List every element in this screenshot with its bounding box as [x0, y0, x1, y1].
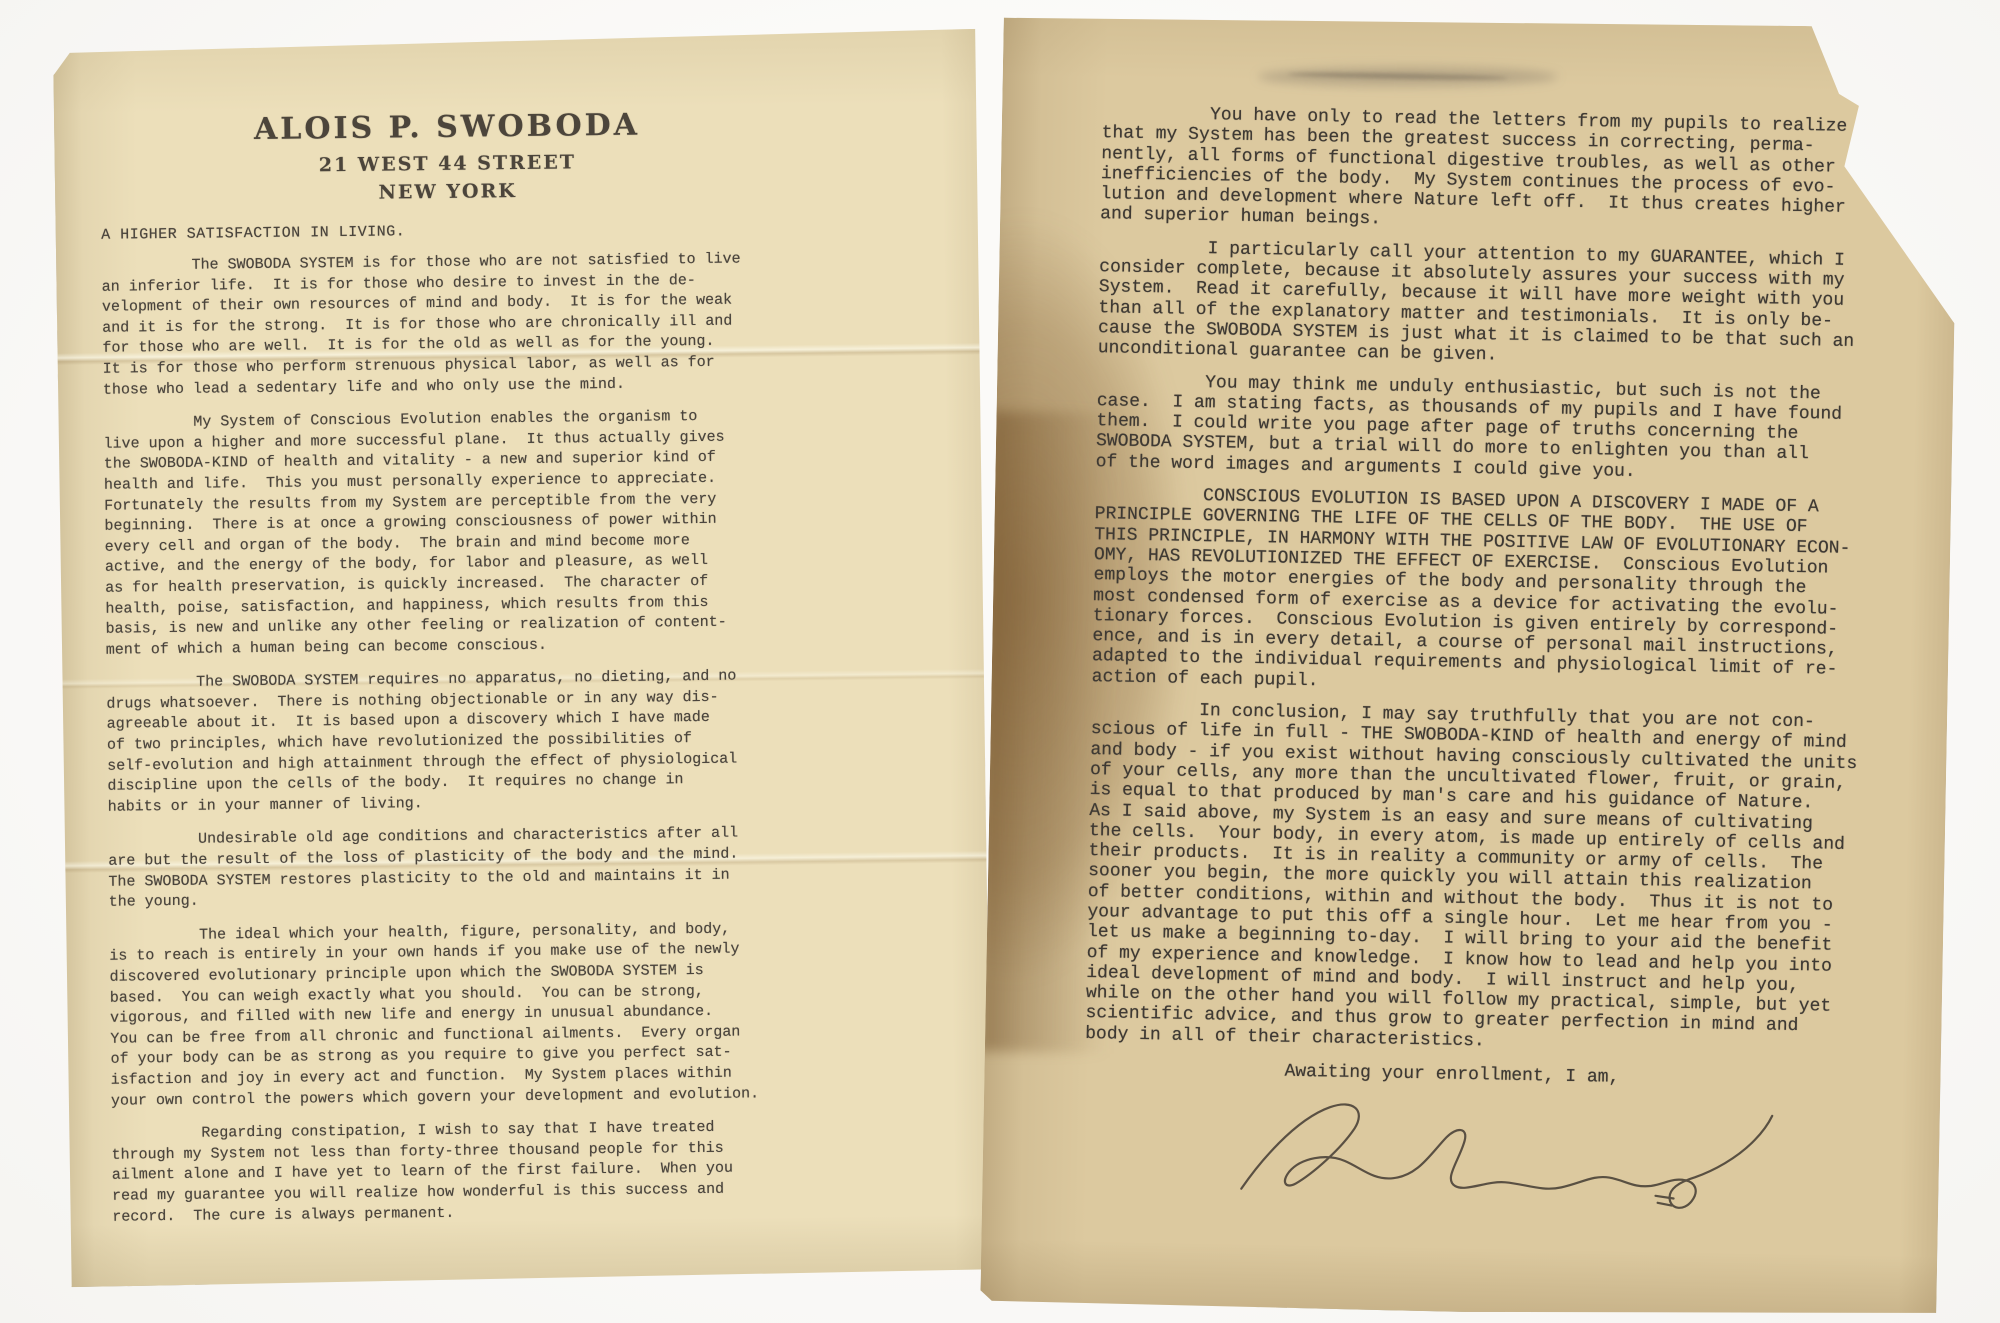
letterhead: ALOIS P. SWOBODA 21 WEST 44 STREET NEW Y…	[100, 107, 795, 207]
page-2-content: You have only to read the letters from m…	[1082, 103, 1938, 1244]
pencil-smudge	[1258, 67, 1558, 87]
paragraph: I particularly call your attention to my…	[1098, 237, 1936, 374]
pencil-smudge	[1288, 72, 1508, 81]
paragraph: My System of Conscious Evolution enables…	[103, 406, 800, 661]
paragraph: You may think me unduly enthusiastic, bu…	[1095, 371, 1933, 488]
paragraph: CONSCIOUS EVOLUTION IS BASED UPON A DISC…	[1092, 484, 1932, 702]
letterhead-name: ALOIS P. SWOBODA	[100, 107, 794, 149]
letterhead-address: 21 WEST 44 STREET	[100, 149, 794, 179]
letterhead-city: NEW YORK	[101, 177, 795, 207]
paragraph: The ideal which your health, figure, per…	[109, 919, 805, 1112]
letter-page-1: ALOIS P. SWOBODA 21 WEST 44 STREET NEW Y…	[53, 29, 992, 1287]
paragraph: The SWOBODA SYSTEM requires no apparatus…	[106, 666, 802, 818]
paragraph: In conclusion, I may say truthfully that…	[1085, 699, 1927, 1059]
page-1-content: ALOIS P. SWOBODA 21 WEST 44 STREET NEW Y…	[100, 107, 807, 1228]
letter-page-2: You have only to read the letters from m…	[980, 11, 1960, 1320]
paragraph: You have only to read the letters from m…	[1100, 103, 1938, 240]
paragraph: Undesirable old age conditions and chara…	[108, 823, 803, 913]
paragraph: The SWOBODA SYSTEM is for those who are …	[101, 249, 797, 401]
paragraph: Regarding constipation, I wish to say th…	[111, 1117, 806, 1228]
signature	[1202, 1081, 1921, 1244]
signature-scrawl-icon	[1202, 1082, 1784, 1242]
subject-line: A HIGHER SATISFACTION IN LIVING.	[101, 219, 795, 244]
